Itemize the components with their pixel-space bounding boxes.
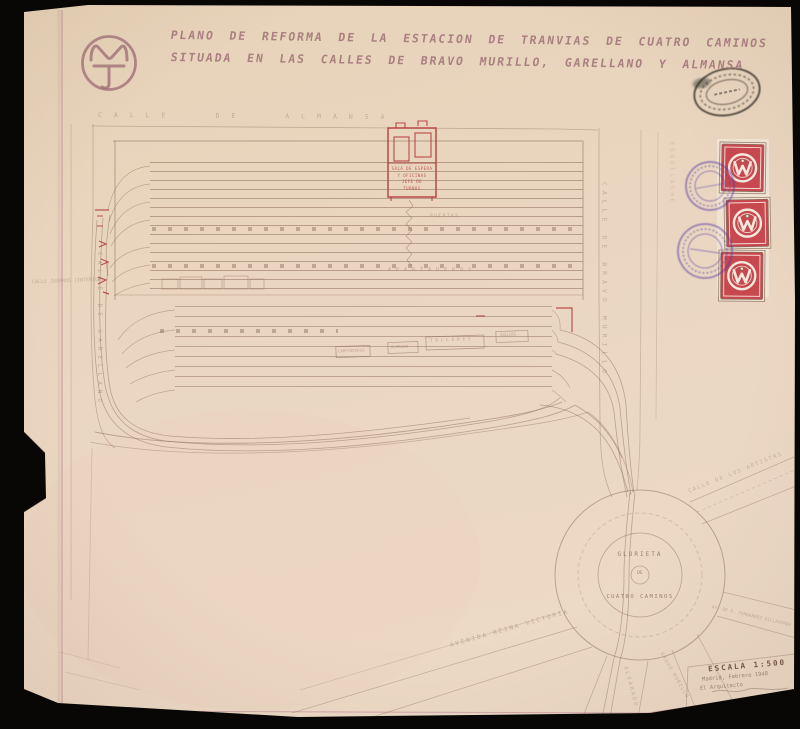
glorieta-label-1: GLORIETA [608, 552, 672, 558]
sala-line1: SALA DE ESPERA [389, 166, 435, 173]
label-agujas: AGUJAS [500, 334, 516, 339]
label-almacen: ALMACEN [391, 345, 408, 350]
label-puertas: PUERTAS [430, 215, 459, 220]
street-label-bravo-murillo: CALLE DE BRAVO MURILLO [601, 182, 608, 378]
red-fiscal-stamps [717, 139, 771, 301]
street-label-esquilache: ESQUILACHE [668, 142, 674, 205]
label-apartaderos: A P A R T A D E R O S [388, 268, 472, 273]
street-label-garellano: CALLE DE GARELLANO [96, 252, 102, 407]
glorieta-label-2: DE [634, 572, 646, 577]
pillar-row [152, 264, 580, 268]
sala-line4: TURNOS [389, 186, 435, 193]
pillar-row [152, 227, 580, 231]
pillar-row [160, 329, 338, 333]
red-building-label: SALA DE ESPERA Y OFICINAS JEFE DE TURNOS [389, 166, 435, 192]
glorieta-label-3: CUATRO CAMINOS [596, 595, 684, 601]
scanned-plan-document: PLANO DE REFORMA DE LA ESTACION DE TRANV… [0, 0, 800, 729]
street-label-almansa: CALLE DE ALMANSA [98, 112, 397, 121]
